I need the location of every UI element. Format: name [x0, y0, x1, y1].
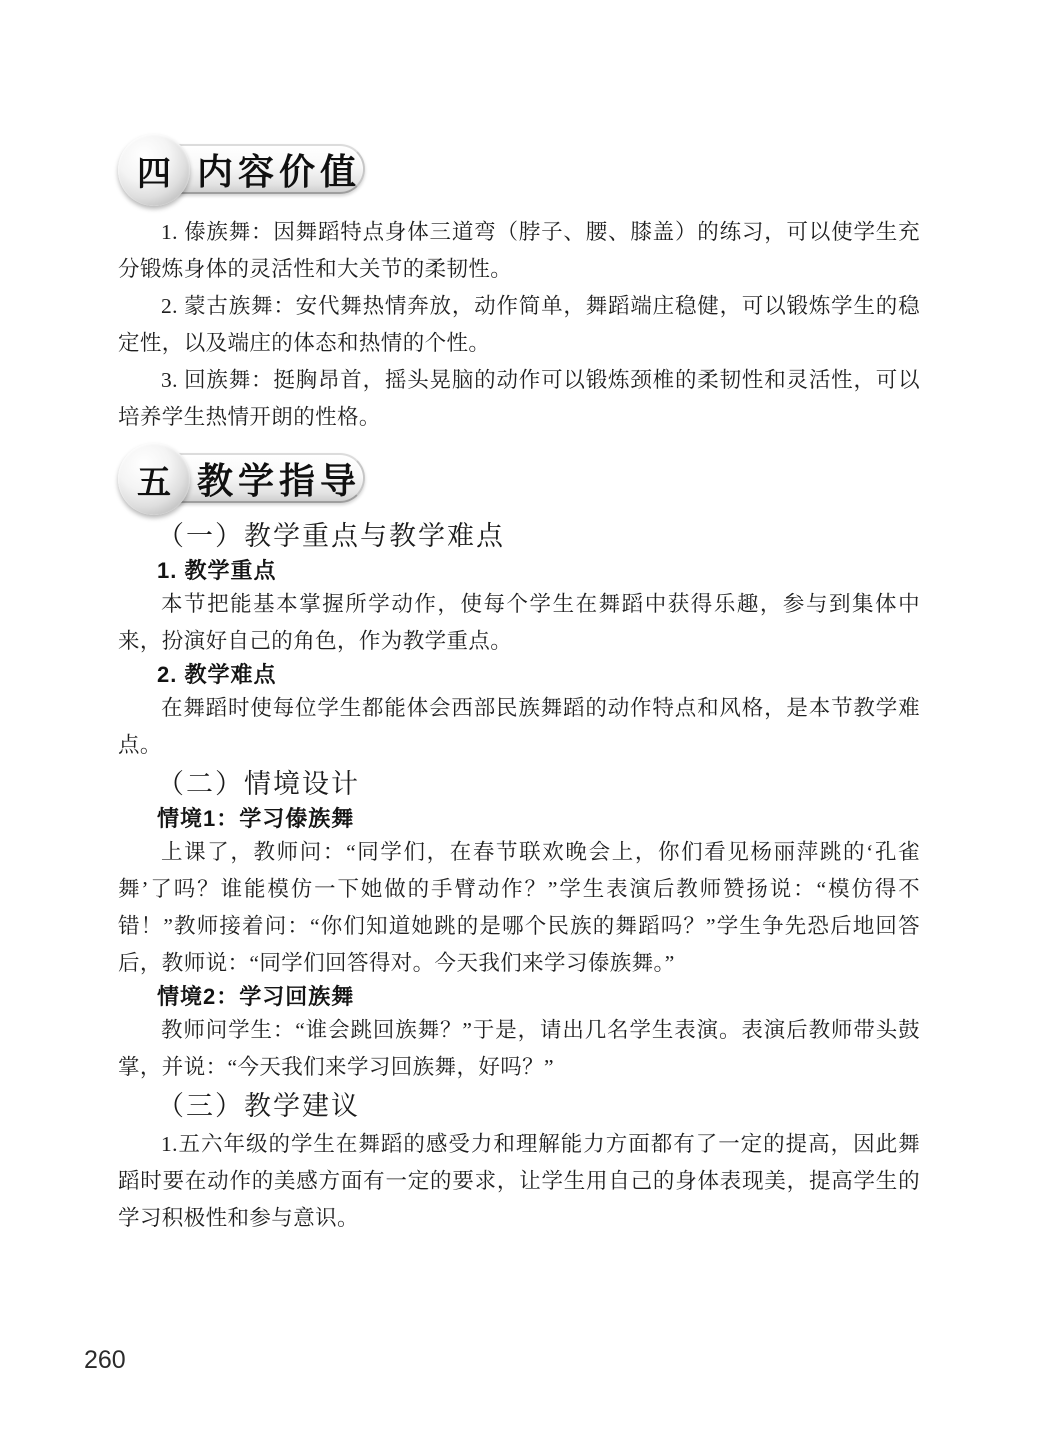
subsection-one-heading: （一）教学重点与教学难点: [157, 516, 920, 556]
section-five-number-badge: 五: [118, 443, 190, 515]
scenario-one-text: 上课了，教师问：“同学们，在春节联欢晚会上，你们看见杨丽萍跳的‘孔雀舞’了吗？谁…: [118, 834, 920, 982]
teaching-difficulty-text: 在舞蹈时使每位学生都能体会西部民族舞蹈的动作特点和风格，是本节教学难点。: [118, 690, 920, 764]
section-four-number-badge: 四: [118, 134, 190, 206]
section-four-number: 四: [137, 146, 171, 195]
paragraph-mongolian-dance: 2. 蒙古族舞：安代舞热情奔放，动作简单，舞蹈端庄稳健，可以锻炼学生的稳定性，以…: [118, 288, 920, 362]
paragraph-dai-dance: 1. 傣族舞：因舞蹈特点身体三道弯（脖子、腰、膝盖）的练习，可以使学生充分锻炼身…: [118, 214, 920, 288]
section-four-title: 内容价值: [197, 144, 361, 195]
page-content: 内容价值 四 1. 傣族舞：因舞蹈特点身体三道弯（脖子、腰、膝盖）的练习，可以使…: [118, 134, 920, 1237]
section-four-header: 内容价值 四: [118, 134, 388, 207]
teaching-focus-heading: 1. 教学重点: [157, 556, 920, 586]
subsection-three-heading: （三）教学建议: [157, 1086, 920, 1126]
scenario-one-heading: 情境1：学习傣族舞: [157, 804, 920, 834]
paragraph-hui-dance: 3. 回族舞：挺胸昂首，摇头晃脑的动作可以锻炼颈椎的柔韧性和灵活性，可以培养学生…: [118, 362, 920, 436]
section-five-number: 五: [137, 455, 171, 504]
page-number: 260: [84, 1346, 126, 1375]
scenario-two-heading: 情境2：学习回族舞: [157, 982, 920, 1012]
section-five-header: 教学指导 五: [118, 443, 388, 516]
section-five-title: 教学指导: [197, 453, 361, 504]
scenario-two-text: 教师问学生：“谁会跳回族舞？”于是，请出几名学生表演。表演后教师带头鼓掌，并说：…: [118, 1012, 920, 1086]
teaching-advice-text: 1.五六年级的学生在舞蹈的感受力和理解能力方面都有了一定的提高，因此舞蹈时要在动…: [118, 1126, 920, 1237]
teaching-focus-text: 本节把能基本掌握所学动作，使每个学生在舞蹈中获得乐趣，参与到集体中来，扮演好自己…: [118, 586, 920, 660]
subsection-two-heading: （二）情境设计: [157, 764, 920, 804]
teaching-difficulty-heading: 2. 教学难点: [157, 660, 920, 690]
